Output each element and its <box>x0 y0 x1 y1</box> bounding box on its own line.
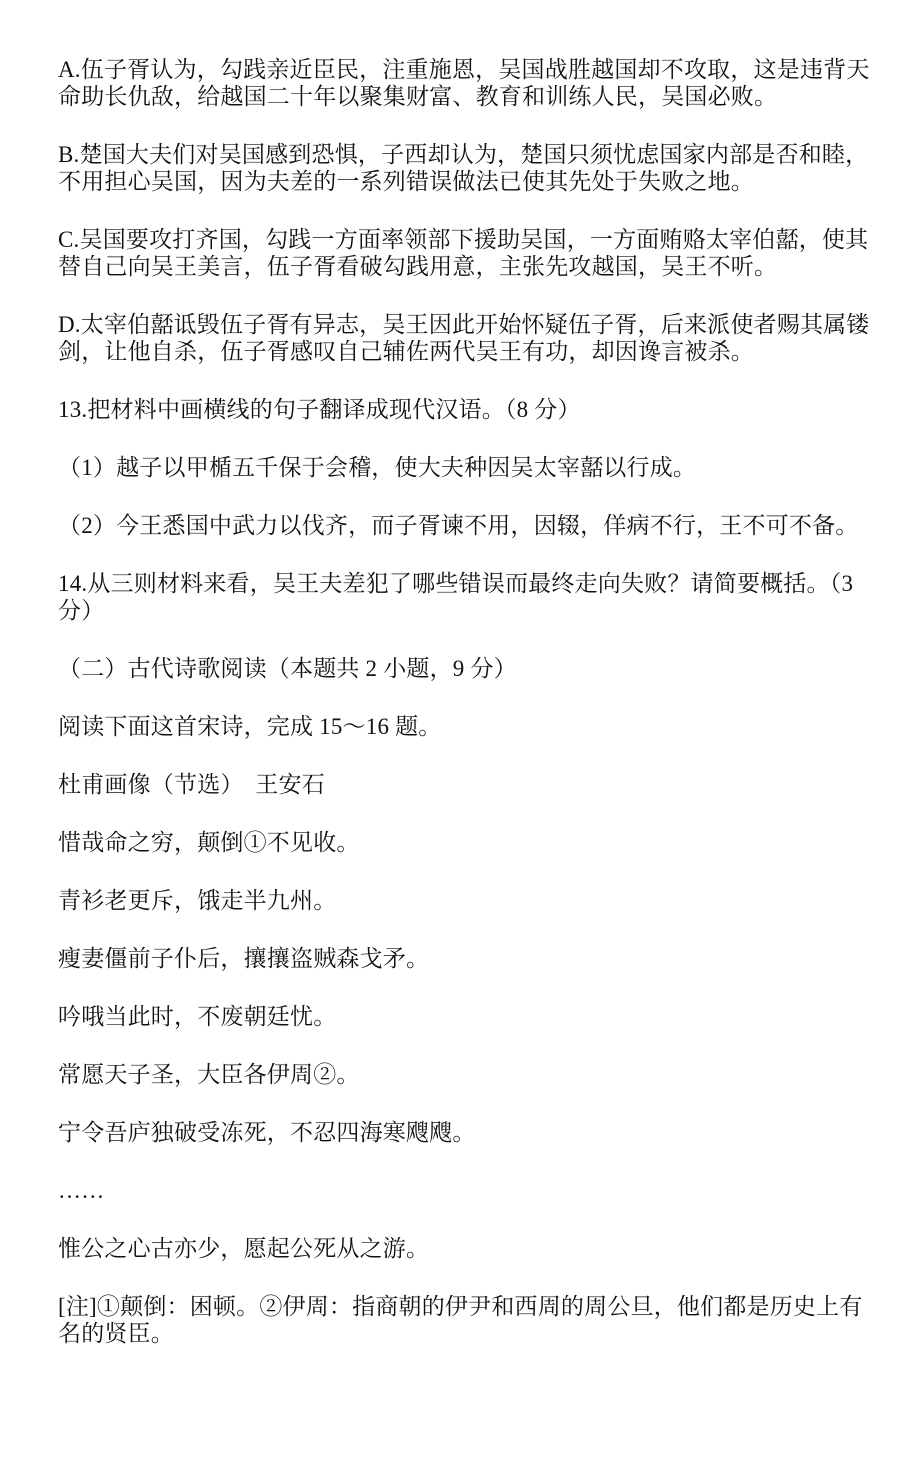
poem-couplet-1: 惜哉命之穷，颠倒①不见收。 <box>58 829 882 856</box>
question-13-sentence-1: （1）越子以甲楯五千保于会稽，使大夫种因吴太宰嚭以行成。 <box>58 454 882 481</box>
poem-couplet-4-line-1: 吟哦当此时，不废朝廷忧。 <box>58 1003 882 1030</box>
choice-option-c-line-1: C.吴国要攻打齐国，勾践一方面率领部下援助吴国，一方面贿赂太宰伯嚭，使其 <box>58 226 882 253</box>
poem-footnote-line-1: [注]①颠倒：困顿。②伊周：指商朝的伊尹和西周的周公旦，他们都是历史上有 <box>58 1293 882 1320</box>
poem-couplet-7: 惟公之心古亦少，愿起公死从之游。 <box>58 1235 882 1262</box>
question-13-stem-line-1: 13.把材料中画横线的句子翻译成现代汉语。（8 分） <box>58 396 882 423</box>
question-13-stem: 13.把材料中画横线的句子翻译成现代汉语。（8 分） <box>58 396 882 423</box>
poem-couplet-3-line-1: 瘦妻僵前子仆后，攘攘盗贼森戈矛。 <box>58 945 882 972</box>
reading-instruction-line-1: 阅读下面这首宋诗，完成 15～16 题。 <box>58 713 882 740</box>
poem-couplet-5: 常愿天子圣，大臣各伊周②。 <box>58 1061 882 1088</box>
poem-couplet-7-line-1: 惟公之心古亦少，愿起公死从之游。 <box>58 1235 882 1262</box>
choice-option-a-line-1: A.伍子胥认为，勾践亲近臣民，注重施恩，吴国战胜越国却不攻取，这是违背天 <box>58 56 882 83</box>
document-page: A.伍子胥认为，勾践亲近臣民，注重施恩，吴国战胜越国却不攻取，这是违背天命助长仇… <box>0 0 900 1460</box>
poem-couplet-1-line-1: 惜哉命之穷，颠倒①不见收。 <box>58 829 882 856</box>
reading-instruction: 阅读下面这首宋诗，完成 15～16 题。 <box>58 713 882 740</box>
poem-couplet-2: 青衫老更斥，饿走半九州。 <box>58 887 882 914</box>
choice-option-a: A.伍子胥认为，勾践亲近臣民，注重施恩，吴国战胜越国却不攻取，这是违背天命助长仇… <box>58 56 882 110</box>
poem-couplet-5-line-1: 常愿天子圣，大臣各伊周②。 <box>58 1061 882 1088</box>
document-content: A.伍子胥认为，勾践亲近臣民，注重施恩，吴国战胜越国却不攻取，这是违背天命助长仇… <box>0 0 900 1418</box>
choice-option-d-line-1: D.太宰伯嚭诋毁伍子胥有异志，吴王因此开始怀疑伍子胥，后来派使者赐其属镂 <box>58 311 882 338</box>
choice-option-c: C.吴国要攻打齐国，勾践一方面率领部下援助吴国，一方面贿赂太宰伯嚭，使其替自己向… <box>58 226 882 280</box>
question-14-stem-line-1: 14.从三则材料来看，吴王夫差犯了哪些错误而最终走向失败？请简要概括。（3 <box>58 570 882 597</box>
section-2-heading: （二）古代诗歌阅读（本题共 2 小题，9 分） <box>58 655 882 682</box>
poem-title-and-author: 杜甫画像（节选） 王安石 <box>58 771 882 798</box>
poem-couplet-6: 宁令吾庐独破受冻死，不忍四海寒飕飕。 <box>58 1119 882 1146</box>
poem-ellipsis: …… <box>58 1177 882 1204</box>
choice-option-a-line-2: 命助长仇敌，给越国二十年以聚集财富、教育和训练人民，吴国必败。 <box>58 83 882 110</box>
question-13-sentence-2-line-1: （2）今王悉国中武力以伐齐，而子胥谏不用，因辍，佯病不行，王不可不备。 <box>58 512 882 539</box>
question-13-sentence-2: （2）今王悉国中武力以伐齐，而子胥谏不用，因辍，佯病不行，王不可不备。 <box>58 512 882 539</box>
choice-option-d-line-2: 剑，让他自杀，伍子胥感叹自己辅佐两代吴王有功，却因谗言被杀。 <box>58 338 882 365</box>
question-13-sentence-1-line-1: （1）越子以甲楯五千保于会稽，使大夫种因吴太宰嚭以行成。 <box>58 454 882 481</box>
poem-footnote-line-2: 名的贤臣。 <box>58 1320 882 1347</box>
poem-couplet-4: 吟哦当此时，不废朝廷忧。 <box>58 1003 882 1030</box>
poem-title-and-author-line-1: 杜甫画像（节选） 王安石 <box>58 771 882 798</box>
poem-footnote: [注]①颠倒：困顿。②伊周：指商朝的伊尹和西周的周公旦，他们都是历史上有名的贤臣… <box>58 1293 882 1347</box>
poem-couplet-6-line-1: 宁令吾庐独破受冻死，不忍四海寒飕飕。 <box>58 1119 882 1146</box>
section-2-heading-line-1: （二）古代诗歌阅读（本题共 2 小题，9 分） <box>58 655 882 682</box>
question-14-stem: 14.从三则材料来看，吴王夫差犯了哪些错误而最终走向失败？请简要概括。（3分） <box>58 570 882 624</box>
choice-option-d: D.太宰伯嚭诋毁伍子胥有异志，吴王因此开始怀疑伍子胥，后来派使者赐其属镂剑，让他… <box>58 311 882 365</box>
choice-option-b-line-2: 不用担心吴国，因为夫差的一系列错误做法已使其先处于失败之地。 <box>58 168 882 195</box>
choice-option-c-line-2: 替自己向吴王美言，伍子胥看破勾践用意，主张先攻越国，吴王不听。 <box>58 253 882 280</box>
poem-couplet-2-line-1: 青衫老更斥，饿走半九州。 <box>58 887 882 914</box>
poem-couplet-3: 瘦妻僵前子仆后，攘攘盗贼森戈矛。 <box>58 945 882 972</box>
choice-option-b: B.楚国大夫们对吴国感到恐惧，子西却认为，楚国只须忧虑国家内部是否和睦，不用担心… <box>58 141 882 195</box>
poem-ellipsis-line-1: …… <box>58 1177 882 1204</box>
choice-option-b-line-1: B.楚国大夫们对吴国感到恐惧，子西却认为，楚国只须忧虑国家内部是否和睦， <box>58 141 882 168</box>
question-14-stem-line-2: 分） <box>58 597 882 624</box>
